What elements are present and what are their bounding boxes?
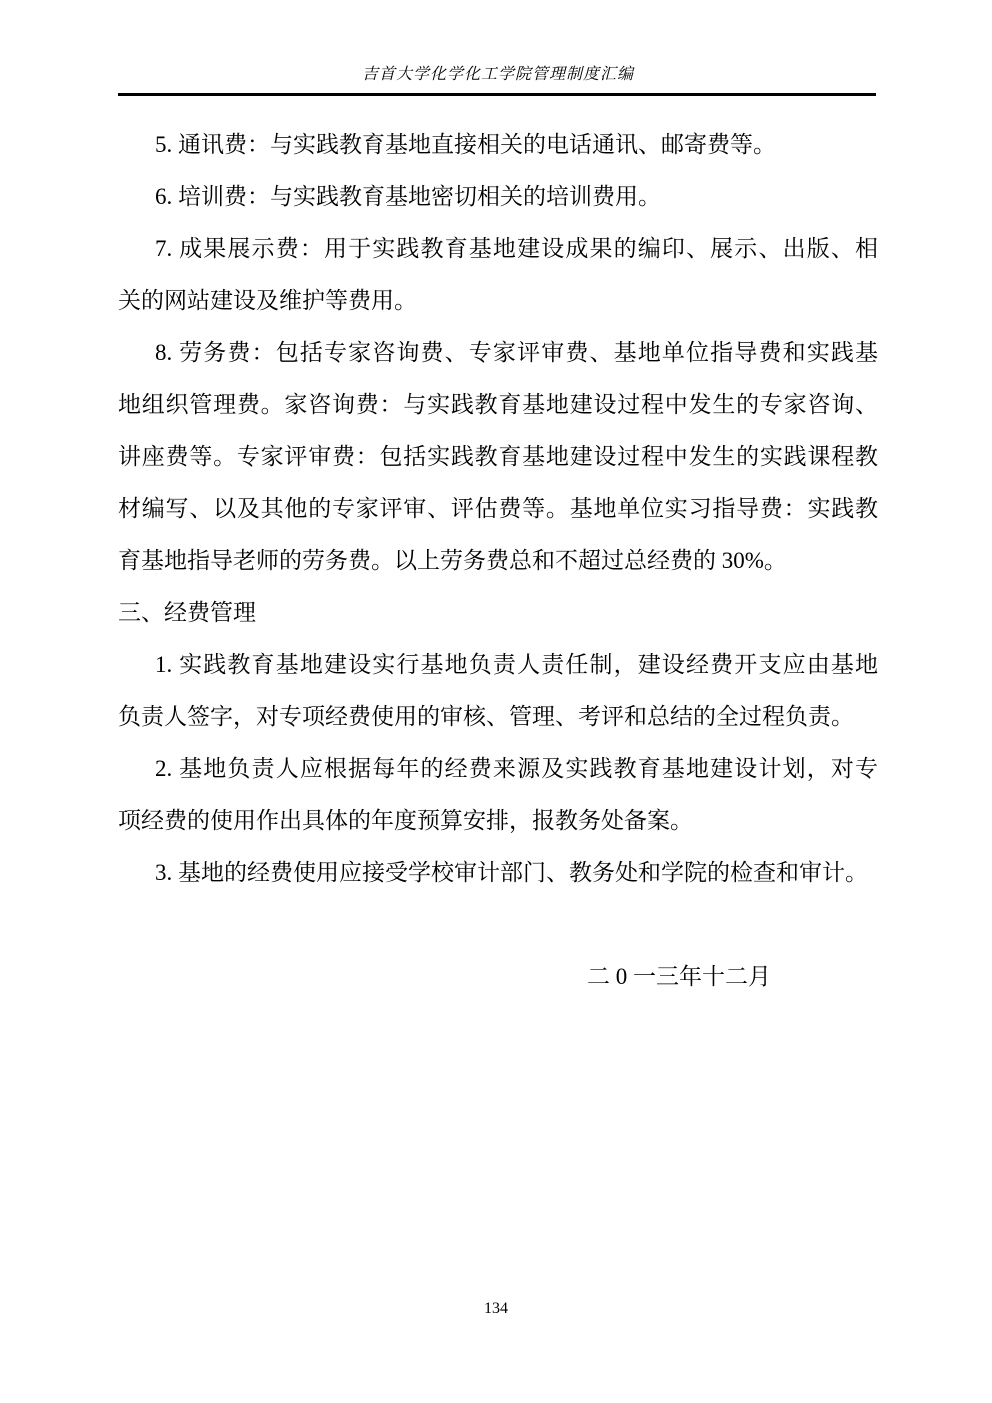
item-8-labor-fee-line-3: 讲座费等。专家评审费：包括实践教育基地建设过程中发生的实践课程教	[118, 431, 878, 483]
item-3-audit-line: 3. 基地的经费使用应接受学校审计部门、教务处和学院的检查和审计。	[118, 847, 878, 899]
item-2-budget-line-2: 项经费的使用作出具体的年度预算安排，报教务处备案。	[118, 795, 878, 847]
page-number: 134	[484, 1300, 508, 1317]
item-2-budget-line-1: 2. 基地负责人应根据每年的经费来源及实践教育基地建设计划，对专	[118, 743, 878, 795]
document-body: 5. 通讯费：与实践教育基地直接相关的电话通讯、邮寄费等。 6. 培训费：与实践…	[118, 119, 878, 1003]
item-8-labor-fee-line-4: 材编写、以及其他的专家评审、评估费等。基地单位实习指导费：实践教	[118, 483, 878, 535]
item-1-responsibility-line-2: 负责人签字，对专项经费使用的审核、管理、考评和总结的全过程负责。	[118, 691, 878, 743]
header-rule	[118, 93, 876, 96]
section-heading-funds-management: 三、经费管理	[118, 587, 878, 639]
item-1-responsibility-line-1: 1. 实践教育基地建设实行基地负责人责任制，建设经费开支应由基地	[118, 639, 878, 691]
item-8-labor-fee-line-5: 育基地指导老师的劳务费。以上劳务费总和不超过总经费的 30%。	[118, 535, 878, 587]
item-7-exhibition-fee-line-1: 7. 成果展示费：用于实践教育基地建设成果的编印、展示、出版、相	[118, 223, 878, 275]
item-8-labor-fee-line-1: 8. 劳务费：包括专家咨询费、专家评审费、基地单位指导费和实践基	[118, 327, 878, 379]
item-7-exhibition-fee-line-2: 关的网站建设及维护等费用。	[118, 275, 878, 327]
document-page: 吉首大学化学化工学院管理制度汇编 5. 通讯费：与实践教育基地直接相关的电话通讯…	[0, 0, 992, 1403]
item-5-communication-fee-line: 5. 通讯费：与实践教育基地直接相关的电话通讯、邮寄费等。	[118, 119, 878, 171]
item-8-labor-fee-line-2: 地组织管理费。家咨询费：与实践教育基地建设过程中发生的专家咨询、	[118, 379, 878, 431]
document-date: 二 0 一三年十二月	[118, 951, 878, 1003]
item-6-training-fee-line: 6. 培训费：与实践教育基地密切相关的培训费用。	[118, 171, 878, 223]
page-footer: 134	[0, 1300, 992, 1318]
page-header-title: 吉首大学化学化工学院管理制度汇编	[118, 63, 878, 87]
